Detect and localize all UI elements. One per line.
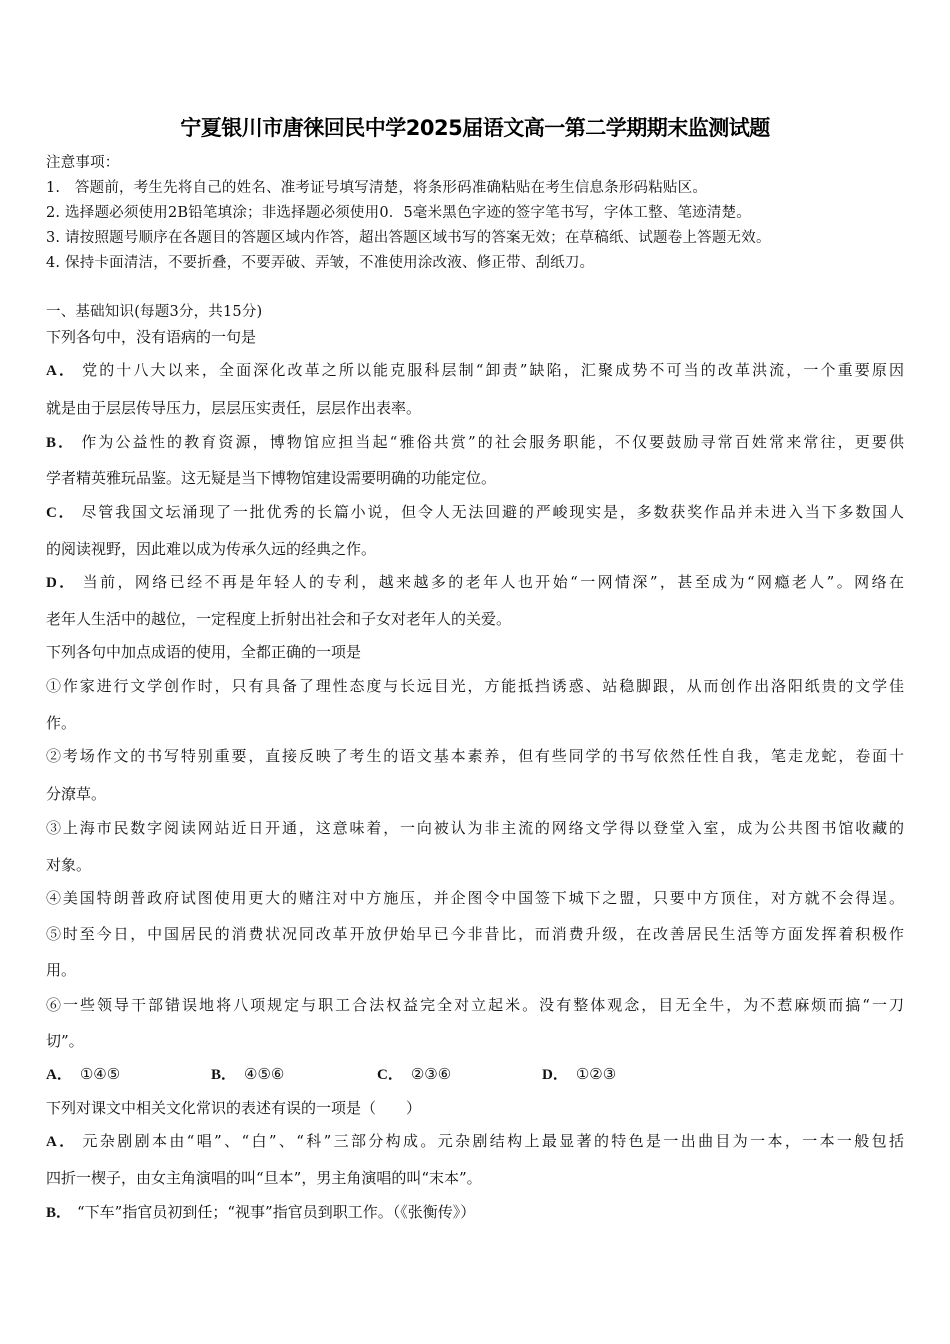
q2-sentence-3-cont: 对象。: [46, 855, 91, 875]
q1-option-a-cont: 就是由于层层传导压力，层层压实责任，层层作出表率。: [46, 398, 421, 418]
choice-letter: D．: [542, 1067, 568, 1083]
notice-heading: 注意事项：: [46, 153, 120, 173]
q2-sentence-6-cont: 切”。: [46, 1031, 84, 1051]
q2-sentence-4: ④美国特朗普政府试图使用更大的赌注对中方施压，并企图令中国签下城下之盟，只要中方…: [46, 888, 904, 908]
section-heading: 一、基础知识(每题3分，共15分): [46, 302, 262, 322]
option-text: “下车”指官员初到任；“视事”指官员到职工作。（《张衡传》）: [77, 1203, 475, 1221]
q3-option-a: A．元杂剧剧本由“唱”、“白”、“科”三部分构成。元杂剧结构上最显著的特色是一出…: [46, 1131, 904, 1152]
choice-value: ①②③: [576, 1065, 616, 1083]
q1-option-c: C．尽管我国文坛涌现了一批优秀的长篇小说，但令人无法回避的严峻现实是，多数获奖作…: [46, 502, 904, 523]
q2-sentence-3: ③上海市民数字阅读网站近日开通，这意味着，一向被认为非主流的网络文学得以登堂入室…: [46, 818, 904, 838]
q2-sentence-5: ⑤时至今日，中国居民的消费状况同改革开放伊始早已今非昔比，而消费升级，在改善居民…: [46, 924, 904, 944]
notice-item-4: 4. 保持卡面清洁，不要折叠，不要弄破、弄皱，不准使用涂改液、修正带、刮纸刀。: [46, 253, 594, 273]
q2-choices: A．①④⑤ B．④⑤⑥ C．②③⑥ D．①②③: [46, 1064, 906, 1084]
choice-value: ②③⑥: [411, 1065, 451, 1083]
choice-letter: B．: [211, 1067, 236, 1083]
q2-sentence-5-cont: 用。: [46, 960, 76, 980]
question-1-stem: 下列各句中，没有语病的一句是: [46, 327, 256, 347]
option-letter: D．: [46, 575, 77, 591]
notice-item-1: 1. 答题前，考生先将自己的姓名、准考证号填写清楚，将条形码准确粘贴在考生信息条…: [46, 178, 707, 198]
option-text: 元杂剧剧本由“唱”、“白”、“科”三部分构成。元杂剧结构上最显著的特色是一出曲目…: [83, 1132, 904, 1150]
question-3-stem: 下列对课文中相关文化常识的表述有误的一项是（ ）: [46, 1098, 421, 1118]
option-letter: B．: [46, 1205, 71, 1221]
option-text: 党的十八大以来，全面深化改革之所以能克服科层制“卸责”缺陷，汇聚成势不可当的改革…: [82, 361, 904, 379]
q1-option-c-cont: 的阅读视野，因此难以成为传承久远的经典之作。: [46, 539, 376, 559]
q1-option-b: B．作为公益性的教育资源，博物馆应担当起“雅俗共赏”的社会服务职能，不仅要鼓励寻…: [46, 432, 904, 453]
q2-sentence-6: ⑥一些领导干部错误地将八项规定与职工合法权益完全对立起米。没有整体观念，目无全牛…: [46, 995, 904, 1015]
exam-page: 宁夏银川市唐徕回民中学2025届语文高一第二学期期末监测试题 注意事项： 1. …: [0, 0, 950, 1344]
page-title: 宁夏银川市唐徕回民中学2025届语文高一第二学期期末监测试题: [0, 112, 950, 142]
choice-letter: A．: [46, 1067, 72, 1083]
q2-sentence-1: ①作家进行文学创作时，只有具备了理性态度与长远目光，方能抵挡诱惑、站稳脚跟，从而…: [46, 676, 904, 696]
notice-item-2: 2. 选择题必须使用2B铅笔填涂；非选择题必须使用0．5毫米黑色字迹的签字笔书写…: [46, 203, 751, 223]
option-text: 尽管我国文坛涌现了一批优秀的长篇小说，但令人无法回避的严峻现实是，多数获奖作品并…: [81, 503, 904, 521]
option-letter: A．: [46, 1134, 77, 1150]
q1-option-d-cont: 老年人生活中的越位，一定程度上折射出社会和子女对老年人的关爱。: [46, 609, 511, 629]
q3-option-a-cont: 四折一楔子，由女主角演唱的叫“旦本”，男主角演唱的叫“末本”。: [46, 1168, 482, 1188]
q2-sentence-2-cont: 分潦草。: [46, 784, 106, 804]
q2-sentence-2: ②考场作文的书写特别重要，直接反映了考生的语文基本素养，但有些同学的书写依然任性…: [46, 746, 904, 766]
q1-option-d: D．当前，网络已经不再是年轻人的专利，越来越多的老年人也开始“一网情深”，甚至成…: [46, 572, 904, 593]
q1-option-a: A．党的十八大以来，全面深化改革之所以能克服科层制“卸责”缺陷，汇聚成势不可当的…: [46, 360, 904, 381]
option-letter: A．: [46, 363, 76, 379]
q3-option-b: B．“下车”指官员初到任；“视事”指官员到职工作。（《张衡传》）: [46, 1202, 475, 1223]
choice-d[interactable]: D．①②③: [542, 1064, 616, 1085]
option-letter: B．: [46, 435, 75, 451]
choice-c[interactable]: C．②③⑥: [377, 1064, 451, 1085]
q2-sentence-1-cont: 作。: [46, 713, 76, 733]
question-2-stem: 下列各句中加点成语的使用，全都正确的一项是: [46, 642, 361, 662]
choice-b[interactable]: B．④⑤⑥: [211, 1064, 284, 1085]
q1-option-b-cont: 学者精英雅玩品鉴。这无疑是当下博物馆建设需要明确的功能定位。: [46, 468, 496, 488]
option-text: 作为公益性的教育资源，博物馆应担当起“雅俗共赏”的社会服务职能，不仅要鼓励寻常百…: [81, 433, 904, 451]
choice-value: ④⑤⑥: [244, 1065, 284, 1083]
choice-value: ①④⑤: [80, 1065, 120, 1083]
choice-a[interactable]: A．①④⑤: [46, 1064, 120, 1085]
choice-letter: C．: [377, 1067, 403, 1083]
option-letter: C．: [46, 505, 75, 521]
notice-item-3: 3. 请按照题号顺序在各题目的答题区域内作答，超出答题区域书写的答案无效；在草稿…: [46, 228, 771, 248]
option-text: 当前，网络已经不再是年轻人的专利，越来越多的老年人也开始“一网情深”，甚至成为“…: [83, 573, 904, 591]
